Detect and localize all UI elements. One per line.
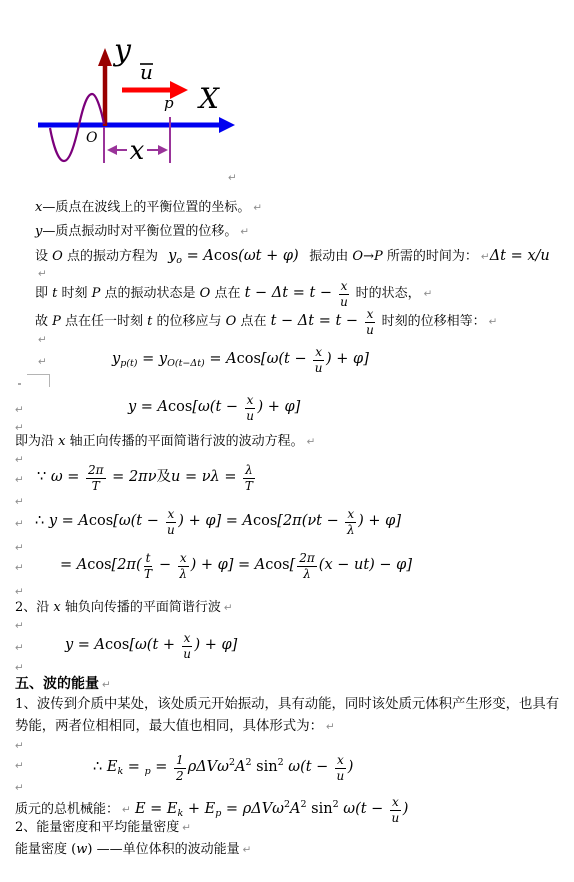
math-var: O <box>226 314 237 329</box>
frac-num: 2π <box>86 464 106 479</box>
math-var: = 2πν <box>108 469 157 485</box>
equation-wave-negative: y = Acos[ω(t + xu) + φ] <box>65 630 237 660</box>
math-var: ω(t − <box>284 759 333 775</box>
math-var: [ω(t + <box>129 637 179 653</box>
fraction: 2πT <box>86 464 106 492</box>
because-symbol: ∵ <box>37 469 51 485</box>
therefore-symbol: ∴ <box>93 759 107 775</box>
frac-den: u <box>183 647 191 661</box>
paragraph-energy-intro: 1、波传到介质中某处，该处质元开始振动，具有动能，同时该处质元体积产生形变，也具… <box>15 694 567 738</box>
frac-num: x <box>313 346 324 361</box>
frac-den: u <box>336 769 344 783</box>
frac-den: T <box>92 479 100 493</box>
frac-num: x <box>182 632 193 647</box>
math-var: [2π( <box>112 557 142 573</box>
distance-arrowhead-left-icon <box>107 145 117 155</box>
pilcrow-mark: ↵ <box>424 288 433 300</box>
line-negative-direction: 2、沿 x 轴负向传播的平面简谐行波↵ <box>15 598 233 618</box>
pilcrow-mark: ↵ <box>38 334 47 346</box>
section-title-text: 五、波的能量 <box>15 676 99 692</box>
math-var: y = A <box>65 637 105 653</box>
pilcrow-mark: ↵ <box>489 316 498 328</box>
cn-text: 点在 <box>236 314 270 329</box>
pilcrow-mark: ↵ <box>326 721 335 733</box>
distance-arrowhead-right-icon <box>158 145 168 155</box>
equation-ek-ep: ∴ Ek = p = 12ρΔVω2A2 sin2 ω(t − xu) <box>93 748 353 787</box>
math-var: + E <box>183 801 215 817</box>
math-fn: sin <box>252 759 278 775</box>
frac-num: x <box>339 280 350 295</box>
subscript: p(t) <box>120 358 137 369</box>
math-var: [ω(t − <box>261 351 311 367</box>
line-y-definition: y—质点振动时对平衡位置的位移。↵ <box>35 222 249 242</box>
fraction: tT <box>144 552 153 580</box>
pilcrow-mark: ↵ <box>228 172 237 184</box>
line-o-equation: 设 O 点的振动方程为 yo = Acos(ωt + φ) 振动由 O→P 所需… <box>35 246 550 271</box>
fraction: 12 <box>174 754 186 782</box>
fraction: 2πλ <box>297 552 317 580</box>
math-var: = A <box>205 351 237 367</box>
math-var: A <box>235 759 245 775</box>
equation-tdelay: t − Δt = t − xu <box>271 313 378 329</box>
math-fn: cos <box>168 399 192 415</box>
pilcrow-mark: ↵ <box>243 844 252 856</box>
pilcrow-mark: ↵ <box>481 251 490 263</box>
wave-diagram: y u X p O x <box>28 22 243 177</box>
x-axis-arrowhead-icon <box>219 117 235 133</box>
pilcrow-mark: ↵ <box>15 760 24 772</box>
math-fn: cos <box>89 513 113 529</box>
fraction: xu <box>335 754 346 782</box>
frac-den: T <box>144 567 152 581</box>
math-var: t − Δt = t − <box>245 285 337 301</box>
line-x-definition: x—质点在波线上的平衡位置的坐标。↵ <box>35 198 262 218</box>
y-axis-label: y <box>112 33 132 68</box>
pilcrow-mark: ↵ <box>15 496 24 508</box>
cn-text: 时刻的位移相等： <box>382 314 486 329</box>
math-var: = <box>123 759 144 775</box>
cn-text: 设 <box>35 249 52 264</box>
frac-den: 2 <box>176 769 184 783</box>
fraction: λT <box>243 464 255 492</box>
cn-text: 轴正向传播的平面简谐行波的波动方程。 <box>65 434 303 449</box>
cn-text: 所需的时间为： <box>383 249 478 264</box>
frac-num: 2π <box>297 552 317 567</box>
p-point-label: p <box>164 94 174 112</box>
line-wave-equation-note: 即为沿 x 轴正向传播的平面简谐行波的波动方程。↵ <box>15 432 315 452</box>
cn-text: 点的振动状态是 <box>100 286 199 301</box>
pilcrow-mark: ↵ <box>253 202 262 214</box>
frac-num: x <box>178 552 189 567</box>
frac-num: x <box>245 394 256 409</box>
pilcrow-mark: ↵ <box>240 226 249 238</box>
math-fn: sin <box>307 801 333 817</box>
math-var: ) <box>403 801 409 817</box>
math-var: ) + φ] <box>358 513 401 529</box>
frac-num: x <box>365 308 376 323</box>
cn-text: 振动由 <box>309 249 352 264</box>
cn-text: 及 <box>157 469 172 485</box>
frac-den: u <box>366 323 374 337</box>
math-var: P <box>52 314 61 329</box>
fraction: xu <box>365 308 376 336</box>
math-var: ω = <box>51 469 84 485</box>
frac-den: λ <box>347 523 355 537</box>
object-anchor-box <box>27 374 50 387</box>
cn-text: 1、波传到介质中某处，该处质元开始振动，具有动能，同时该处质元体积产生形变，也具… <box>15 697 559 734</box>
math-var: = <box>138 351 159 367</box>
equation-dt: Δt = x/u <box>490 248 550 264</box>
pilcrow-mark: ↵ <box>122 804 131 816</box>
math-var: ) + φ] = A <box>178 513 253 529</box>
frac-num: x <box>166 508 177 523</box>
pilcrow-mark: ↵ <box>307 436 316 448</box>
frac-num: t <box>144 552 153 567</box>
pilcrow-mark: ↵ <box>15 404 24 416</box>
fraction: xu <box>339 280 350 308</box>
frac-num: x <box>390 796 401 811</box>
math-var: O <box>52 249 63 264</box>
equation-yo: yo = Acos(ωt + φ) <box>168 248 303 264</box>
pilcrow-mark: ↵ <box>15 642 24 654</box>
cn-text: 的位移应与 <box>152 314 225 329</box>
equation-omega-u: ∵ ω = 2πT = 2πν及u = νλ = λT <box>37 462 257 492</box>
cn-text: 能量密度 ( <box>15 842 76 857</box>
u-vector-label: u <box>140 60 153 84</box>
frac-den: u <box>246 409 254 423</box>
math-var: [ω(t − <box>192 399 242 415</box>
math-var: [ω(t − <box>113 513 163 529</box>
math-var: w <box>76 842 87 857</box>
math-var: ) + φ] <box>326 351 369 367</box>
cn-text: 故 <box>35 314 52 329</box>
pilcrow-mark: ↵ <box>102 679 111 691</box>
cn-text: 即 <box>35 286 52 301</box>
math-var: y <box>159 351 167 367</box>
pilcrow-mark: ↵ <box>15 740 24 752</box>
equation-tdelay: t − Δt = t − xu <box>245 285 352 301</box>
pilcrow-mark: ↵ <box>15 620 24 632</box>
pilcrow-mark: ↵ <box>15 454 24 466</box>
math-var: E = E <box>135 801 178 817</box>
line-state-at-t: 即 t 时刻 P 点的振动状态是 O 点在 t − Δt = t − xu 时的… <box>35 278 432 309</box>
fraction: xu <box>245 394 256 422</box>
math-var: u = νλ = <box>171 469 241 485</box>
fraction: xλ <box>345 508 356 536</box>
math-var: (ωt + φ) <box>238 248 299 264</box>
cn-text: 即为沿 <box>15 434 58 449</box>
fraction: xu <box>166 508 177 536</box>
math-var: [ <box>290 557 296 573</box>
frac-den: u <box>167 523 175 537</box>
x-axis-label: X <box>197 82 220 115</box>
fraction: xu <box>182 632 193 660</box>
math-var: A <box>290 801 300 817</box>
frac-num: 1 <box>174 754 186 769</box>
math-var: = A <box>60 557 87 573</box>
math-var: y = A <box>128 399 168 415</box>
line-displacement-equal: 故 P 点在任一时刻 t 的位移应与 O 点在 t − Δt = t − xu … <box>35 306 497 337</box>
pilcrow-mark: ↵ <box>38 356 47 368</box>
frac-den: λ <box>179 567 187 581</box>
pilcrow-mark: ↵ <box>224 602 233 614</box>
math-var: y = A <box>49 513 89 529</box>
document-page: { "marks": { "pilcrow": "↵" }, "diagram"… <box>0 0 574 882</box>
anchor-dot <box>18 383 21 385</box>
pilcrow-mark: ↵ <box>15 518 24 530</box>
math-fn: cos <box>237 351 261 367</box>
frac-num: x <box>345 508 356 523</box>
equation-therefore-y: ∴ y = Acos[ω(t − xu) + φ] = Acos[2π(νt −… <box>35 506 401 536</box>
cn-text: 2、能量密度和平均能量密度 <box>15 820 179 835</box>
math-var: x <box>53 600 60 615</box>
pilcrow-mark: ↵ <box>15 662 24 674</box>
cn-text: 2、沿 <box>15 600 53 615</box>
math-var: = A <box>182 248 214 264</box>
y-axis-arrowhead-icon <box>98 48 112 66</box>
pilcrow-mark: ↵ <box>15 562 24 574</box>
section-title-wave-energy: 五、波的能量↵ <box>15 674 111 695</box>
equation-total-energy: E = Ek + Ep = ρΔVω2A2 sin2 ω(t − xu) <box>135 801 408 817</box>
math-var: t − Δt = t − <box>271 313 363 329</box>
math-var: O <box>200 286 211 301</box>
math-var: = ρΔVω <box>221 801 284 817</box>
cn-text: 质元的总机械能： <box>15 802 119 817</box>
cn-text: 轴负向传播的平面简谐行波 <box>61 600 221 615</box>
fraction: xλ <box>178 552 189 580</box>
math-var: [2π(νt − <box>277 513 343 529</box>
math-var: ) + φ] <box>194 637 237 653</box>
equation-expanded: = Acos[2π(tT − xλ) + φ] = Acos[2πλ(x − u… <box>60 550 412 580</box>
line-energy-density-heading: 2、能量密度和平均能量密度↵ <box>15 818 191 838</box>
line-energy-density-def: 能量密度 (w) ——单位体积的波动能量↵ <box>15 840 251 860</box>
frac-den: T <box>245 479 253 493</box>
math-var: E <box>107 759 118 775</box>
math-var: y <box>112 351 120 367</box>
math-var: ρΔVω <box>188 759 229 775</box>
therefore-symbol: ∴ <box>35 513 49 529</box>
subscript: O(t−Δt) <box>167 358 205 369</box>
frac-den: λ <box>303 567 311 581</box>
fraction: xu <box>390 796 401 824</box>
frac-num: x <box>335 754 346 769</box>
cn-text: ) ——单位体积的波动能量 <box>87 842 239 857</box>
cn-text: 时刻 <box>57 286 91 301</box>
fraction: xu <box>313 346 324 374</box>
cn-text: —质点在波线上的平衡位置的坐标。 <box>42 200 250 215</box>
math-var: − <box>154 557 175 573</box>
math-var: O→P <box>352 249 382 264</box>
math-fn: cos <box>265 557 289 573</box>
math-fn: cos <box>105 637 129 653</box>
pilcrow-mark: ↵ <box>15 542 24 554</box>
cn-text: 点的振动方程为 <box>63 249 158 264</box>
pilcrow-mark: ↵ <box>15 586 24 598</box>
frac-den: u <box>391 811 399 825</box>
frac-den: u <box>315 361 323 375</box>
cn-text: —质点振动时对平衡位置的位移。 <box>42 224 237 239</box>
equation-wave-positive: y = Acos[ω(t − xu) + φ] <box>128 392 300 422</box>
math-fn: cos <box>214 248 238 264</box>
math-var: ) <box>348 759 354 775</box>
equation-yp: yp(t) = yO(t−Δt) = Acos[ω(t − xu) + φ] <box>112 344 369 379</box>
cn-text: 点在任一时刻 <box>61 314 147 329</box>
x-distance-label: x <box>130 136 145 166</box>
math-var: ) + φ] <box>257 399 300 415</box>
math-var: = <box>151 759 172 775</box>
math-var: (x − ut) − φ] <box>319 557 412 573</box>
cn-text: 点在 <box>210 286 244 301</box>
math-var: ) + φ] = A <box>191 557 266 573</box>
pilcrow-mark: ↵ <box>15 474 24 486</box>
cn-text: 时的状态， <box>356 286 421 301</box>
frac-num: λ <box>243 464 255 479</box>
origin-label: O <box>86 130 98 146</box>
math-fn: cos <box>253 513 277 529</box>
math-fn: cos <box>87 557 111 573</box>
math-var: ω(t − <box>339 801 388 817</box>
pilcrow-mark: ↵ <box>182 822 191 834</box>
